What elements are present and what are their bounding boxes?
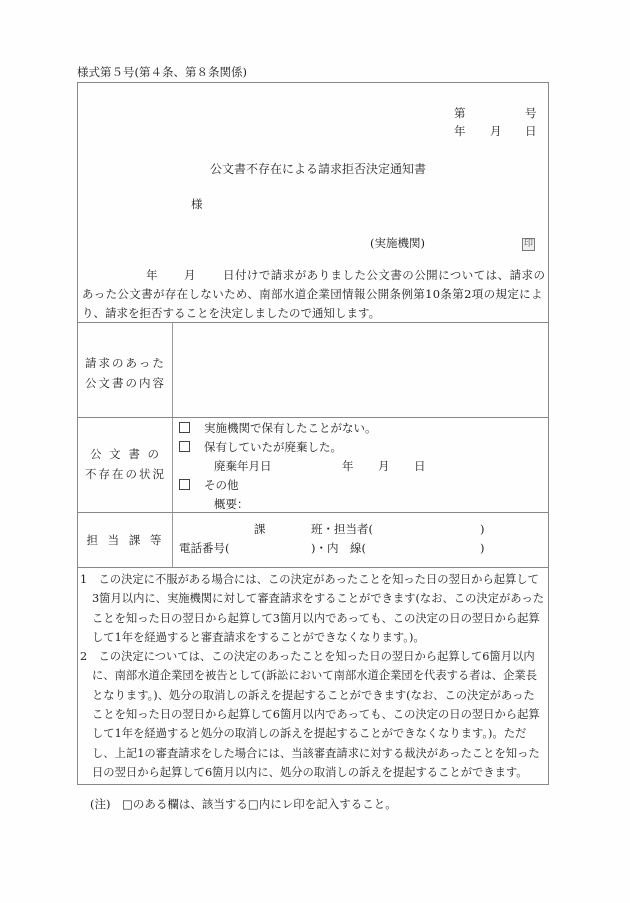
- disposal-date-label: 廃棄年月日: [214, 457, 272, 476]
- checkbox-never-held[interactable]: [179, 422, 190, 433]
- note-1: 1 この決定に不服がある場合には、この決定があったことを知った日の翌日から起算し…: [80, 570, 546, 647]
- notes-section: 1 この決定に不服がある場合には、この決定があったことを知った日の翌日から起算し…: [80, 570, 546, 782]
- addressee-suffix: 様: [191, 196, 203, 212]
- form-id: 様式第５号(第４条、第８条関係): [77, 64, 247, 80]
- divider: [78, 322, 548, 323]
- date-year: 年: [454, 123, 466, 139]
- contact-extension: )・内 線(: [311, 539, 366, 558]
- date-month: 月: [490, 123, 502, 139]
- note-2: 2 この決定については、この決定のあったことを知った日の翌日から起算して6箇月以…: [80, 647, 546, 782]
- requested-doc-label-1: 請求のあった: [78, 353, 173, 373]
- body-line2: あった公文書が存在しないため、南部水道企業団情報公開条例第10条第2項の規定によ: [82, 285, 543, 304]
- contact-section: 課: [254, 520, 266, 539]
- contact-label: 担 当 課 等: [78, 530, 173, 550]
- contact-team: 班・担当者(: [311, 520, 373, 539]
- divider: [78, 417, 548, 418]
- date-day: 日: [525, 123, 537, 139]
- body-line3: り、請求を拒否することを決定しましたので通知します。: [82, 304, 380, 323]
- option-other-label: その他: [204, 478, 239, 492]
- option-disposed-label: 保有していたが廃棄した。: [204, 440, 342, 454]
- option-other[interactable]: その他: [179, 476, 239, 495]
- doc-number-suffix: 号: [525, 105, 537, 121]
- divider: [78, 567, 548, 568]
- contact-team-close: ): [480, 520, 485, 539]
- body-month: 月: [184, 266, 196, 285]
- checkbox-other[interactable]: [179, 479, 190, 490]
- disposal-day[interactable]: 日: [414, 457, 426, 476]
- nonexistence-label-1: 公 文 書 の: [78, 444, 173, 464]
- footer-note: (注) □のある欄は、該当する□内にレ印を記入すること。: [90, 796, 397, 812]
- doc-number-prefix: 第: [454, 105, 466, 121]
- document-title: 公文書不存在による請求拒否決定通知書: [210, 160, 426, 177]
- contact-extension-close: ): [480, 539, 485, 558]
- seal-mark: 印: [522, 235, 535, 251]
- option-disposed[interactable]: 保有していたが廃棄した。: [179, 438, 342, 457]
- option-never-held-label: 実施機関で保有したことがない。: [204, 421, 377, 435]
- option-never-held[interactable]: 実施機関で保有したことがない。: [179, 419, 377, 438]
- divider: [78, 512, 548, 513]
- body-year: 年: [146, 266, 158, 285]
- notice-form: 第 号 年 月 日 公文書不存在による請求拒否決定通知書 様 (実施機関) 印 …: [77, 82, 549, 785]
- checkbox-disposed[interactable]: [179, 441, 190, 452]
- requested-doc-field[interactable]: [176, 326, 546, 416]
- disposal-year[interactable]: 年: [342, 457, 354, 476]
- contact-phone: 電話番号(: [179, 539, 230, 558]
- disposal-month[interactable]: 月: [378, 457, 390, 476]
- seal-icon: 印: [522, 238, 535, 251]
- issuer-label: (実施機関): [370, 235, 425, 251]
- nonexistence-label-2: 不存在の状況: [78, 464, 173, 484]
- body-line1: 日付けで請求がありました公文書の公開については、請求の: [223, 266, 545, 285]
- requested-doc-label-2: 公文書の内容: [78, 373, 173, 393]
